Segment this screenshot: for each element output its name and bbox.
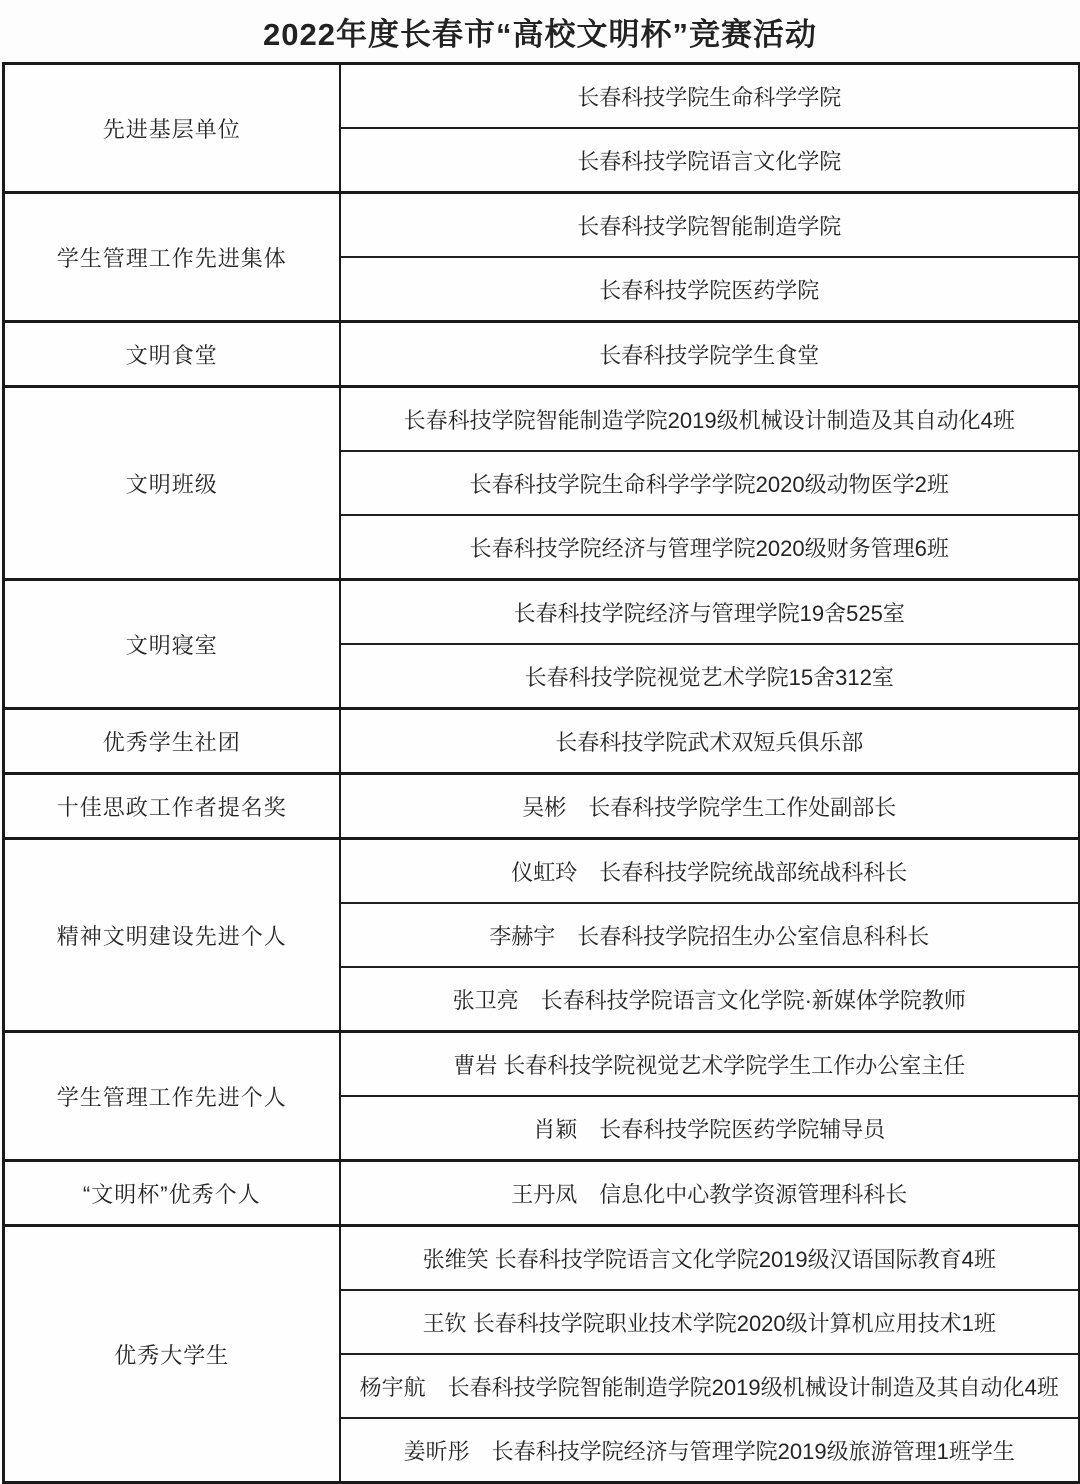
winner-cell: 长春科技学院智能制造学院 — [340, 193, 1080, 258]
table-row: 文明食堂 长春科技学院学生食堂 — [4, 322, 1080, 387]
category-cell: 优秀大学生 — [4, 1226, 340, 1483]
winner-cell: 姜昕彤 长春科技学院经济与管理学院2019级旅游管理1班学生 — [340, 1418, 1080, 1483]
winner-cell: 吴彬 长春科技学院学生工作处副部长 — [340, 774, 1080, 839]
winner-cell: 曹岩 长春科技学院视觉艺术学院学生工作办公室主任 — [340, 1032, 1080, 1097]
winner-cell: 张维笑 长春科技学院语言文化学院2019级汉语国际教育4班 — [340, 1226, 1080, 1291]
page-title: 2022年度长春市“高校文明杯”竞赛活动 — [0, 0, 1080, 62]
table-row: 精神文明建设先进个人 仪虹玲 长春科技学院统战部统战科科长 — [4, 839, 1080, 904]
category-cell: 先进基层单位 — [4, 64, 340, 193]
winner-cell: 王丹凤 信息化中心教学资源管理科科长 — [340, 1161, 1080, 1226]
category-cell: 精神文明建设先进个人 — [4, 839, 340, 1032]
award-table-page: 2022年度长春市“高校文明杯”竞赛活动 先进基层单位 长春科技学院生命科学学院… — [0, 0, 1080, 1484]
table-row: 优秀学生社团 长春科技学院武术双短兵俱乐部 — [4, 709, 1080, 774]
category-cell: 学生管理工作先进集体 — [4, 193, 340, 322]
table-row: 文明班级 长春科技学院智能制造学院2019级机械设计制造及其自动化4班 — [4, 387, 1080, 452]
winner-cell: 长春科技学院医药学院 — [340, 257, 1080, 322]
category-cell: “文明杯”优秀个人 — [4, 1161, 340, 1226]
category-cell: 文明食堂 — [4, 322, 340, 387]
winner-cell: 李赫宇 长春科技学院招生办公室信息科科长 — [340, 903, 1080, 967]
table-row: 学生管理工作先进集体 长春科技学院智能制造学院 — [4, 193, 1080, 258]
winner-cell: 长春科技学院语言文化学院 — [340, 128, 1080, 193]
winner-cell: 长春科技学院经济与管理学院19舍525室 — [340, 580, 1080, 645]
category-cell: 文明班级 — [4, 387, 340, 580]
winner-cell: 长春科技学院经济与管理学院2020级财务管理6班 — [340, 515, 1080, 580]
winner-cell: 长春科技学院智能制造学院2019级机械设计制造及其自动化4班 — [340, 387, 1080, 452]
category-cell: 优秀学生社团 — [4, 709, 340, 774]
table-row: 优秀大学生 张维笑 长春科技学院语言文化学院2019级汉语国际教育4班 — [4, 1226, 1080, 1291]
table-row: 学生管理工作先进个人 曹岩 长春科技学院视觉艺术学院学生工作办公室主任 — [4, 1032, 1080, 1097]
winner-cell: 杨宇航 长春科技学院智能制造学院2019级机械设计制造及其自动化4班 — [340, 1354, 1080, 1418]
winner-cell: 仪虹玲 长春科技学院统战部统战科科长 — [340, 839, 1080, 904]
table-row: “文明杯”优秀个人 王丹凤 信息化中心教学资源管理科科长 — [4, 1161, 1080, 1226]
table-row: 先进基层单位 长春科技学院生命科学学院 — [4, 64, 1080, 129]
winner-cell: 王钦 长春科技学院职业技术学院2020级计算机应用技术1班 — [340, 1290, 1080, 1354]
award-table: 先进基层单位 长春科技学院生命科学学院 长春科技学院语言文化学院 学生管理工作先… — [2, 62, 1080, 1484]
category-cell: 十佳思政工作者提名奖 — [4, 774, 340, 839]
winner-cell: 张卫亮 长春科技学院语言文化学院·新媒体学院教师 — [340, 967, 1080, 1032]
winner-cell: 肖颖 长春科技学院医药学院辅导员 — [340, 1096, 1080, 1161]
winner-cell: 长春科技学院生命科学学学院2020级动物医学2班 — [340, 451, 1080, 515]
table-row: 文明寝室 长春科技学院经济与管理学院19舍525室 — [4, 580, 1080, 645]
winner-cell: 长春科技学院生命科学学院 — [340, 64, 1080, 129]
winner-cell: 长春科技学院视觉艺术学院15舍312室 — [340, 644, 1080, 709]
table-row: 十佳思政工作者提名奖 吴彬 长春科技学院学生工作处副部长 — [4, 774, 1080, 839]
category-cell: 文明寝室 — [4, 580, 340, 709]
winner-cell: 长春科技学院武术双短兵俱乐部 — [340, 709, 1080, 774]
winner-cell: 长春科技学院学生食堂 — [340, 322, 1080, 387]
category-cell: 学生管理工作先进个人 — [4, 1032, 340, 1161]
